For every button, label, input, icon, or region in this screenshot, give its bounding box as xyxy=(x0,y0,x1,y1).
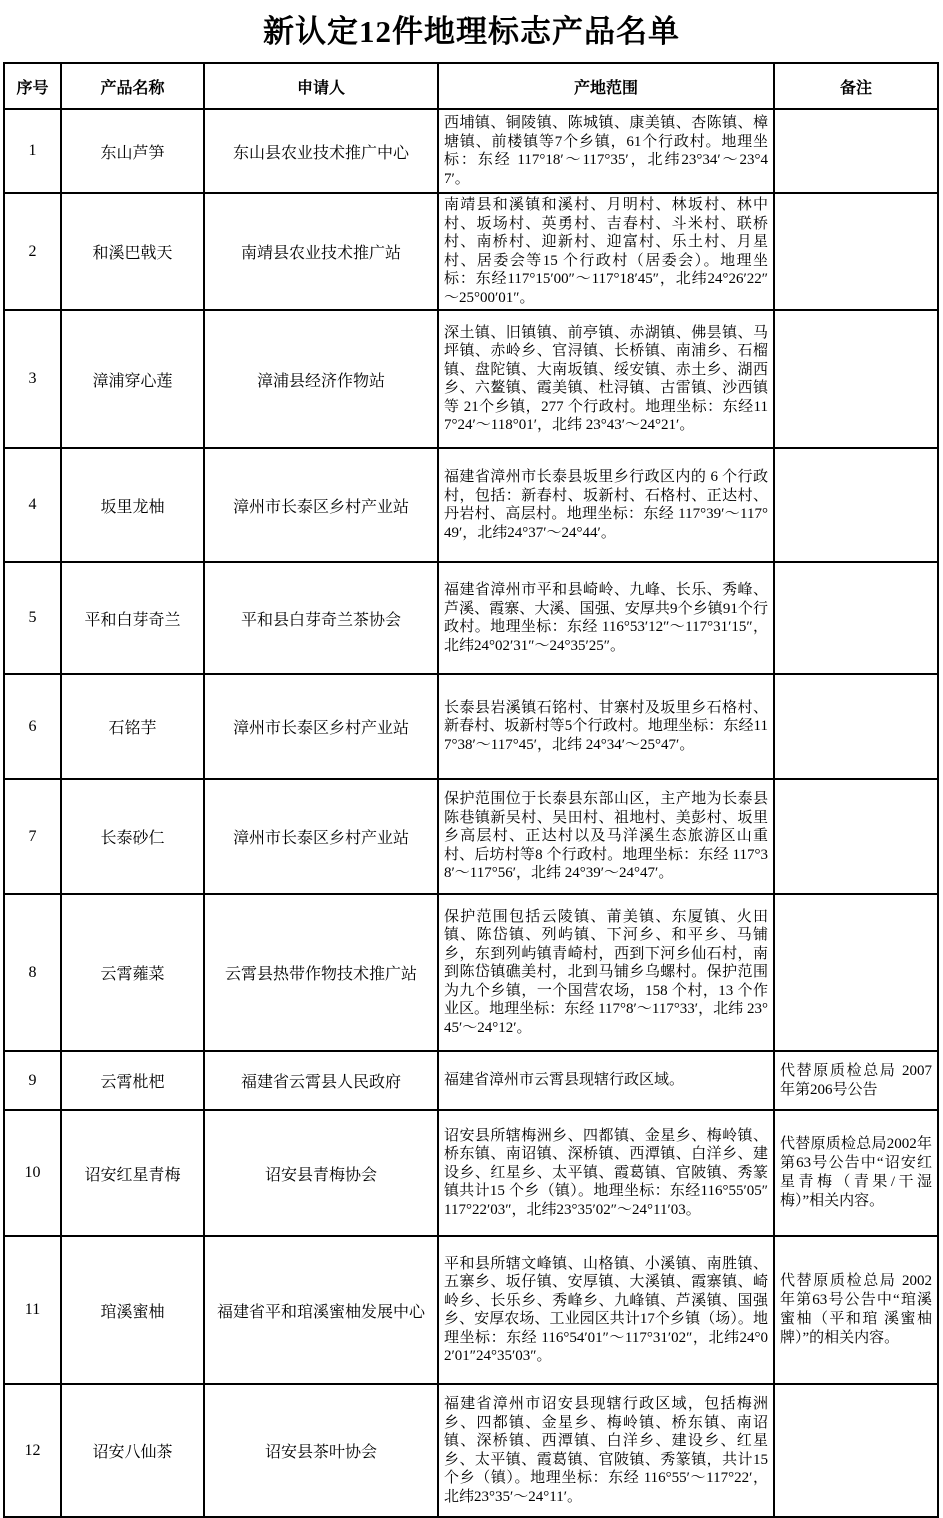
column-header-product-name: 产品名称 xyxy=(61,63,204,109)
table-row: 12诏安八仙茶诏安县茶叶协会福建省漳州市诏安县现辖行政区域，包括梅洲乡、四都镇、… xyxy=(4,1384,938,1517)
cell-product-name: 和溪巴戟天 xyxy=(61,193,204,310)
cell-product-name: 诏安八仙茶 xyxy=(61,1384,204,1517)
products-table: 序号 产品名称 申请人 产地范围 备注 1东山芦笋东山县农业技术推广中心西埔镇、… xyxy=(3,62,939,1518)
table-row: 10诏安红星青梅诏安县青梅协会诏安县所辖梅洲乡、四都镇、金星乡、梅岭镇、桥东镇、… xyxy=(4,1110,938,1236)
cell-serial-number: 12 xyxy=(4,1384,61,1517)
column-header-origin-scope: 产地范围 xyxy=(438,63,774,109)
table-row: 4坂里龙柚漳州市长泰区乡村产业站福建省漳州市长泰县坂里乡行政区内的 6 个行政村… xyxy=(4,448,938,562)
cell-serial-number: 10 xyxy=(4,1110,61,1236)
cell-serial-number: 6 xyxy=(4,674,61,779)
cell-applicant: 诏安县青梅协会 xyxy=(204,1110,438,1236)
cell-applicant: 云霄县热带作物技术推广站 xyxy=(204,894,438,1051)
cell-remark: 代替原质检总局 2007年第206号公告 xyxy=(774,1051,938,1110)
cell-product-name: 石铭芋 xyxy=(61,674,204,779)
cell-remark xyxy=(774,448,938,562)
cell-applicant: 诏安县茶叶协会 xyxy=(204,1384,438,1517)
cell-serial-number: 5 xyxy=(4,562,61,674)
cell-product-name: 漳浦穿心莲 xyxy=(61,310,204,448)
cell-origin-scope: 诏安县所辖梅洲乡、四都镇、金星乡、梅岭镇、桥东镇、南诏镇、深桥镇、西潭镇、白洋乡… xyxy=(438,1110,774,1236)
table-row: 5平和白芽奇兰平和县白芽奇兰茶协会福建省漳州市平和县崎岭、九峰、长乐、秀峰、芦溪… xyxy=(4,562,938,674)
table-row: 8云霄蕹菜云霄县热带作物技术推广站保护范围包括云陵镇、莆美镇、东厦镇、火田镇、陈… xyxy=(4,894,938,1051)
column-header-serial-number: 序号 xyxy=(4,63,61,109)
cell-serial-number: 4 xyxy=(4,448,61,562)
cell-applicant: 漳州市长泰区乡村产业站 xyxy=(204,448,438,562)
cell-remark xyxy=(774,779,938,894)
cell-applicant: 福建省云霄县人民政府 xyxy=(204,1051,438,1110)
table-row: 7长泰砂仁漳州市长泰区乡村产业站保护范围位于长泰县东部山区，主产地为长泰县陈巷镇… xyxy=(4,779,938,894)
cell-remark: 代替原质检总局 2002年第63号公告中“琯溪蜜柚（平和琯 溪蜜柚牌）”的相关内… xyxy=(774,1236,938,1384)
cell-remark xyxy=(774,562,938,674)
cell-applicant: 福建省平和琯溪蜜柚发展中心 xyxy=(204,1236,438,1384)
document-page: 新认定12件地理标志产品名单 序号 产品名称 申请人 产地范围 备注 1东山芦笋… xyxy=(0,0,943,1518)
cell-origin-scope: 福建省漳州市平和县崎岭、九峰、长乐、秀峰、芦溪、霞寨、大溪、国强、安厚共9个乡镇… xyxy=(438,562,774,674)
cell-origin-scope: 福建省漳州市诏安县现辖行政区域，包括梅洲乡、四都镇、金星乡、梅岭镇、桥东镇、南诏… xyxy=(438,1384,774,1517)
cell-remark: 代替原质检总局2002年第63号公告中“诏安红星青梅（青果/干湿梅）”相关内容。 xyxy=(774,1110,938,1236)
cell-product-name: 琯溪蜜柚 xyxy=(61,1236,204,1384)
cell-applicant: 漳浦县经济作物站 xyxy=(204,310,438,448)
cell-serial-number: 3 xyxy=(4,310,61,448)
cell-applicant: 漳州市长泰区乡村产业站 xyxy=(204,779,438,894)
column-header-applicant: 申请人 xyxy=(204,63,438,109)
cell-serial-number: 2 xyxy=(4,193,61,310)
table-row: 9云霄枇杷福建省云霄县人民政府福建省漳州市云霄县现辖行政区域。代替原质检总局 2… xyxy=(4,1051,938,1110)
table-row: 2和溪巴戟天南靖县农业技术推广站南靖县和溪镇和溪村、月明村、林坂村、林中村、坂场… xyxy=(4,193,938,310)
cell-serial-number: 8 xyxy=(4,894,61,1051)
cell-remark xyxy=(774,894,938,1051)
cell-remark xyxy=(774,1384,938,1517)
cell-origin-scope: 保护范围包括云陵镇、莆美镇、东厦镇、火田镇、陈岱镇、列屿镇、下河乡、和平乡、马铺… xyxy=(438,894,774,1051)
cell-origin-scope: 西埔镇、铜陵镇、陈城镇、康美镇、杏陈镇、樟塘镇、前楼镇等7个乡镇，61个行政村。… xyxy=(438,109,774,193)
table-row: 6石铭芋漳州市长泰区乡村产业站长泰县岩溪镇石铭村、甘寨村及坂里乡石格村、新春村、… xyxy=(4,674,938,779)
cell-product-name: 平和白芽奇兰 xyxy=(61,562,204,674)
cell-origin-scope: 福建省漳州市云霄县现辖行政区域。 xyxy=(438,1051,774,1110)
cell-serial-number: 11 xyxy=(4,1236,61,1384)
cell-applicant: 东山县农业技术推广中心 xyxy=(204,109,438,193)
cell-product-name: 坂里龙柚 xyxy=(61,448,204,562)
cell-remark xyxy=(774,193,938,310)
cell-applicant: 漳州市长泰区乡村产业站 xyxy=(204,674,438,779)
cell-applicant: 南靖县农业技术推广站 xyxy=(204,193,438,310)
cell-product-name: 东山芦笋 xyxy=(61,109,204,193)
cell-serial-number: 9 xyxy=(4,1051,61,1110)
column-header-remark: 备注 xyxy=(774,63,938,109)
cell-origin-scope: 南靖县和溪镇和溪村、月明村、林坂村、林中村、坂场村、英勇村、吉春村、斗米村、联桥… xyxy=(438,193,774,310)
cell-origin-scope: 深土镇、旧镇镇、前亭镇、赤湖镇、佛昙镇、马坪镇、赤岭乡、官浔镇、长桥镇、南浦乡、… xyxy=(438,310,774,448)
cell-serial-number: 1 xyxy=(4,109,61,193)
cell-product-name: 云霄蕹菜 xyxy=(61,894,204,1051)
cell-product-name: 长泰砂仁 xyxy=(61,779,204,894)
cell-product-name: 诏安红星青梅 xyxy=(61,1110,204,1236)
cell-serial-number: 7 xyxy=(4,779,61,894)
cell-applicant: 平和县白芽奇兰茶协会 xyxy=(204,562,438,674)
cell-origin-scope: 平和县所辖文峰镇、山格镇、小溪镇、南胜镇、五寨乡、坂仔镇、安厚镇、大溪镇、霞寨镇… xyxy=(438,1236,774,1384)
header-row: 序号 产品名称 申请人 产地范围 备注 xyxy=(4,63,938,109)
table-row: 1东山芦笋东山县农业技术推广中心西埔镇、铜陵镇、陈城镇、康美镇、杏陈镇、樟塘镇、… xyxy=(4,109,938,193)
table-row: 11琯溪蜜柚福建省平和琯溪蜜柚发展中心平和县所辖文峰镇、山格镇、小溪镇、南胜镇、… xyxy=(4,1236,938,1384)
cell-origin-scope: 长泰县岩溪镇石铭村、甘寨村及坂里乡石格村、新春村、坂新村等5个行政村。地理坐标：… xyxy=(438,674,774,779)
cell-product-name: 云霄枇杷 xyxy=(61,1051,204,1110)
cell-origin-scope: 保护范围位于长泰县东部山区，主产地为长泰县陈巷镇新吴村、吴田村、祖地村、美彭村、… xyxy=(438,779,774,894)
table-row: 3漳浦穿心莲漳浦县经济作物站深土镇、旧镇镇、前亭镇、赤湖镇、佛昙镇、马坪镇、赤岭… xyxy=(4,310,938,448)
cell-remark xyxy=(774,109,938,193)
cell-remark xyxy=(774,674,938,779)
page-title: 新认定12件地理标志产品名单 xyxy=(0,0,943,62)
cell-origin-scope: 福建省漳州市长泰县坂里乡行政区内的 6 个行政村，包括：新春村、坂新村、石格村、… xyxy=(438,448,774,562)
cell-remark xyxy=(774,310,938,448)
